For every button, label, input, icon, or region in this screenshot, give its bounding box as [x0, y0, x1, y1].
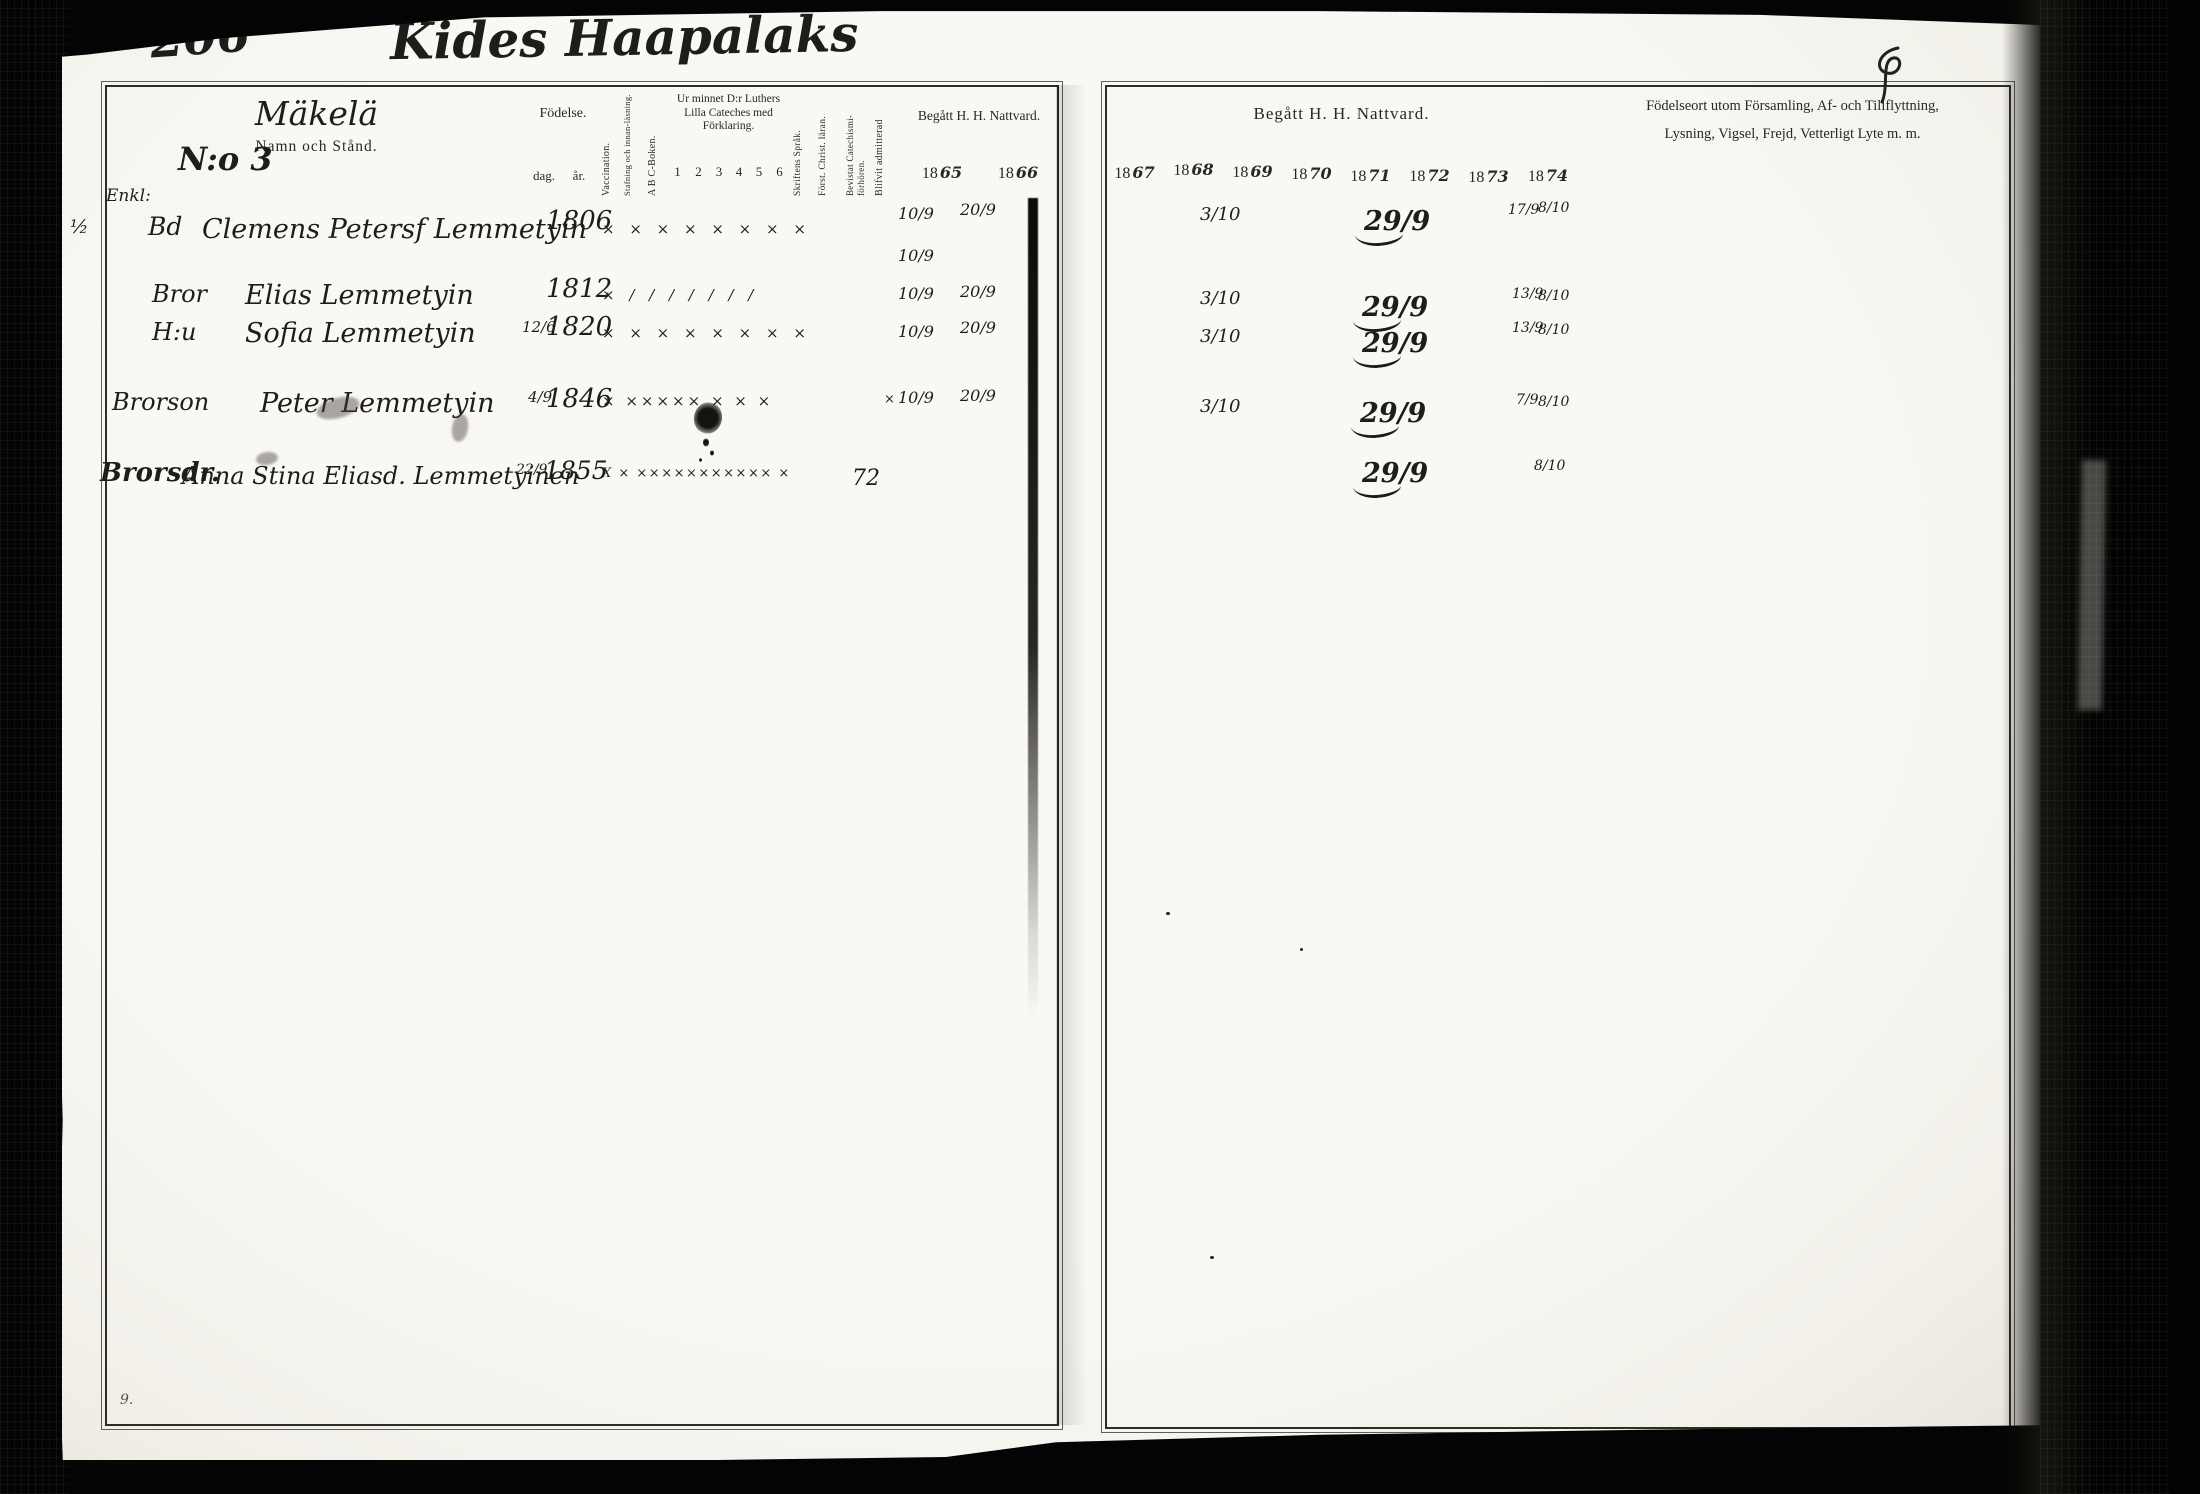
year-printed: 18 [1528, 168, 1544, 185]
row-relation: Bd [148, 212, 182, 241]
notes-header-line1: Födelseort utom Församling, Af- och Till… [1578, 98, 2007, 115]
row-marks: × / / / / / / / [602, 286, 758, 304]
year-1869: 1869 [1223, 162, 1282, 182]
catechism-col-2: 2 [688, 164, 709, 180]
year-1867: 1867 [1105, 163, 1164, 183]
year-printed: 18 [922, 165, 938, 182]
year-written: 69 [1248, 162, 1272, 181]
year-1872: 1872 [1400, 166, 1459, 186]
communion-1869: 3/10 [1200, 204, 1240, 225]
page-crease [1056, 85, 1104, 1425]
communion-1865: 10/9 [898, 322, 934, 341]
communion-1874: 7/9 [1516, 392, 1539, 408]
row-name: Elias Lemmetyin [245, 280, 474, 311]
catechism-col-3: 3 [709, 164, 729, 180]
bottom-margin-mark: 9. [120, 1392, 133, 1408]
year-1870: 1870 [1282, 164, 1341, 184]
catechism-col-5: 5 [749, 164, 769, 180]
communion-1872: 29/9 [1362, 328, 1428, 359]
communion-1874: 8/10 [1534, 458, 1565, 474]
ink-mark [1858, 44, 1928, 108]
admitted-column-header: Blifvit admitterad [874, 92, 900, 196]
year-written: 67 [1130, 163, 1154, 182]
vaccination-column-header: Vaccination. [601, 92, 619, 196]
spelling-column-header: Stafning och innan-läsning. [622, 92, 644, 196]
year-1866: 1866 [981, 163, 1055, 183]
communion-1872: 29/9 [1360, 398, 1426, 429]
church-record-scan: 206 Kides Haapalaks Mäkelä Namn och Stån… [0, 0, 2200, 1494]
farm-name: Mäkelä [105, 94, 528, 133]
year-1865: 1865 [903, 163, 981, 183]
communion-1869: 3/10 [1200, 326, 1240, 347]
year-1868: 1868 [1164, 160, 1223, 180]
row-name: Clemens Petersf Lemmetyin [202, 214, 587, 245]
speck [1166, 912, 1170, 915]
year-written: 70 [1307, 164, 1331, 183]
right-communion-header: Begått H. H. Nattvard. [1105, 104, 1578, 124]
catechism-col-1: 1 [667, 164, 688, 180]
scan-edge-right [2002, 0, 2200, 1494]
year-printed: 18 [998, 165, 1014, 182]
row-birth-day: 22/9 [516, 462, 547, 478]
row-relation: H:u [152, 318, 196, 346]
communion-1872: 29/9 [1362, 458, 1428, 489]
ink-drip [699, 458, 702, 462]
catechism-exam-column-header: Bevistat Catechismi-förhören. [845, 92, 869, 196]
year-printed: 18 [1350, 168, 1366, 185]
row-name: Sofia Lemmetyin [245, 318, 476, 349]
communion-1874: 8/10 [1538, 200, 1569, 216]
communion-1872: 29/9 [1362, 292, 1428, 323]
abc-book-column-header: A B C-Boken. [647, 92, 665, 196]
year-1873: 1873 [1459, 167, 1518, 187]
entry-number: N:o 3 [178, 140, 273, 178]
year-printed: 18 [1409, 168, 1425, 185]
ink-drip [703, 438, 709, 447]
scan-edge-left [0, 0, 64, 1494]
row-relation: Brorson [112, 388, 209, 416]
year-printed: 18 [1232, 164, 1248, 181]
row-relation: Bror [152, 280, 207, 308]
status-note: Enkl: [106, 186, 151, 206]
margin-mark: ½ [70, 216, 88, 238]
scripture-language-column-header: Skriftens Språk. [793, 92, 814, 196]
birth-day-header: dag. [528, 168, 560, 184]
communion-1866: 20/9 [960, 318, 996, 337]
year-written: 68 [1189, 160, 1213, 179]
communion-1869: 3/10 [1200, 288, 1240, 309]
communion-1865: 10/9 [898, 246, 934, 265]
communion-1874: 8/10 [1538, 394, 1569, 410]
year-1874: 1874 [1518, 166, 1578, 186]
christian-doctrine-column-header: Först. Christ. läran. [818, 92, 840, 196]
year-written: 71 [1366, 166, 1390, 185]
row-marks: × × × × × × × × [602, 220, 811, 238]
catechism-col-4: 4 [729, 164, 749, 180]
communion-1869: 3/10 [1200, 396, 1240, 417]
pre-communion-mark: × [884, 392, 895, 407]
year-1871: 1871 [1341, 166, 1400, 186]
notes-header-line2: Lysning, Vigsel, Frejd, Vetterligt Lyte … [1578, 126, 2007, 143]
admitted-year: 72 [852, 466, 880, 491]
row-marks: X × ××××××××××× × [602, 466, 791, 481]
communion-1866: 20/9 [960, 282, 996, 301]
communion-1866: 20/9 [960, 386, 996, 405]
birth-year-header: år. [560, 168, 598, 184]
ink-drip [710, 450, 714, 456]
communion-1874: 8/10 [1538, 322, 1569, 338]
page-fold-shadow [1028, 198, 1038, 1018]
communion-1872: 29/9 [1364, 206, 1430, 237]
catechism-col-6: 6 [769, 164, 790, 180]
right-table-frame [1105, 85, 2011, 1429]
row-marks: × × × × × × × × [602, 324, 811, 342]
year-written: 66 [1014, 163, 1038, 182]
year-written: 72 [1425, 166, 1449, 185]
right-band-highlight [2078, 460, 2106, 710]
communion-1865: 10/9 [898, 388, 934, 407]
communion-1865: 10/9 [898, 204, 934, 223]
communion-1865: 10/9 [898, 284, 934, 303]
speck [1210, 1256, 1214, 1259]
year-printed: 18 [1468, 169, 1484, 186]
year-printed: 18 [1114, 165, 1130, 182]
year-printed: 18 [1291, 166, 1307, 183]
communion-1866: 20/9 [960, 200, 996, 219]
left-communion-header: Begått H. H. Nattvard. [903, 108, 1055, 124]
communion-1874: 8/10 [1538, 288, 1569, 304]
row-birth-year: 1855 [544, 456, 608, 485]
year-written: 65 [938, 163, 962, 182]
year-written: 74 [1544, 166, 1568, 185]
row-marks: × ××××× × × × [602, 392, 773, 410]
communion-1874: 17/9 [1508, 202, 1539, 218]
speck [1300, 948, 1303, 951]
birth-header: Födelse. [528, 106, 598, 122]
year-written: 73 [1484, 167, 1508, 186]
year-printed: 18 [1173, 162, 1189, 179]
catechism-header: Ur minnet D:r Luthers Lilla Cateches med… [668, 93, 789, 134]
name-column-header: Namn och Stånd. [105, 138, 528, 156]
